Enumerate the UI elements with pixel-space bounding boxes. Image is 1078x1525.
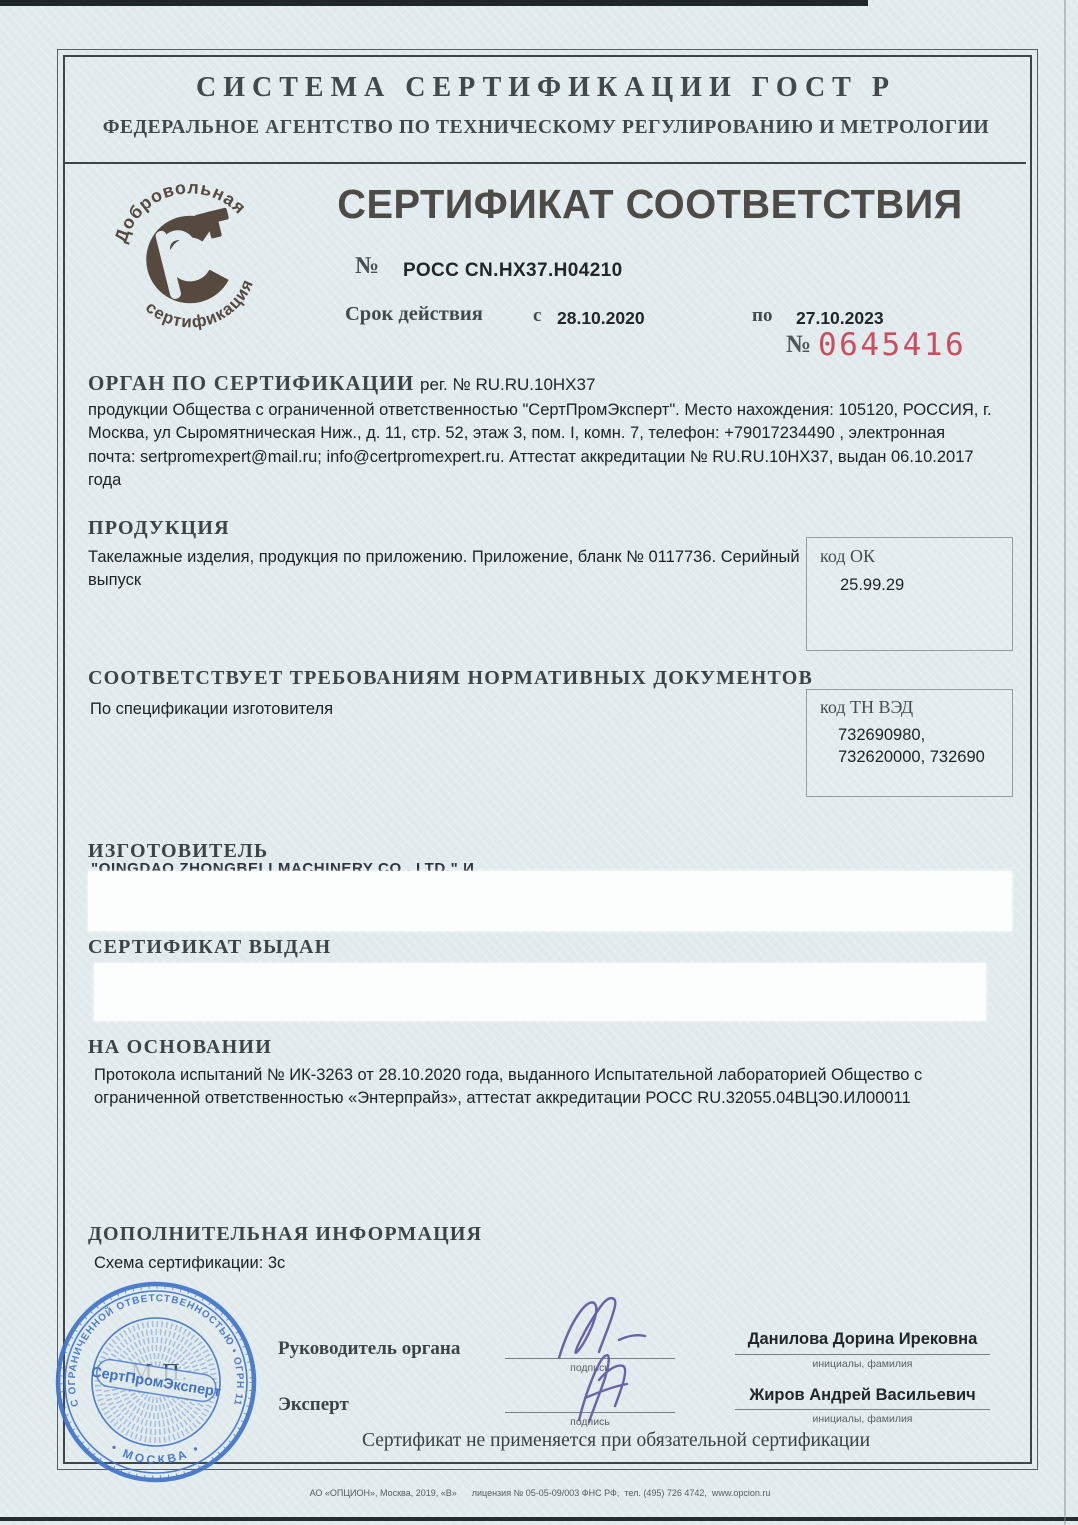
additional-body: Схема сертификации: 3с xyxy=(94,1252,285,1275)
expert-name-caption: инициалы, фамилия xyxy=(735,1413,990,1425)
expert-name: Жиров Андрей Васильевич xyxy=(735,1386,990,1405)
scan-edge-top xyxy=(0,0,868,6)
expert-sign-line xyxy=(505,1412,675,1413)
blank-no-value: 0645416 xyxy=(818,327,966,363)
issued-redaction-box xyxy=(94,963,986,1021)
head-role-label: Руководитель органа xyxy=(278,1338,460,1360)
validity-from: 28.10.2020 xyxy=(557,308,645,329)
tnved-code-value: 732690980, 732620000, 732690 xyxy=(838,724,1000,769)
manufacturer-redaction-box xyxy=(88,871,1012,931)
organ-reg-no: рег. № RU.RU.10HX37 xyxy=(420,375,595,395)
expert-sign-caption: подпись xyxy=(505,1416,675,1428)
validity-from-label: с xyxy=(533,305,541,327)
ok-code-value: 25.99.29 xyxy=(840,574,904,596)
company-stamp: ОБЩЕСТВО С ОГРАНИЧЕННОЙ ОТВЕТСТВЕННОСТЬЮ… xyxy=(50,1276,262,1488)
conformity-body: По спецификации изготовителя xyxy=(90,698,790,721)
product-body: Такелажные изделия, продукция по приложе… xyxy=(88,546,803,593)
manufacturer-heading: ИЗГОТОВИТЕЛЬ xyxy=(88,840,268,863)
expert-role-label: Эксперт xyxy=(278,1394,349,1416)
head-name: Данилова Дорина Ирековна xyxy=(735,1330,990,1349)
tnved-code-label: код ТН ВЭД xyxy=(820,697,913,718)
basis-body: Протокола испытаний № ИК-3263 от 28.10.2… xyxy=(94,1064,956,1111)
conformity-heading: СООТВЕТСТВУЕТ ТРЕБОВАНИЯМ НОРМАТИВНЫХ ДО… xyxy=(88,667,813,690)
manufacturer-redacted-fragment: "QINGDAO ZHONGBELI MACHINERY CO., LTD." … xyxy=(91,861,691,871)
validity-to-label: по xyxy=(752,305,772,327)
cert-no-value: РОСС CN.HX37.H04210 xyxy=(403,260,623,282)
additional-heading: ДОПОЛНИТЕЛЬНАЯ ИНФОРМАЦИЯ xyxy=(88,1223,482,1246)
head-name-line xyxy=(735,1354,990,1355)
disclaimer: Сертификат не применяется при обязательн… xyxy=(166,1430,1066,1452)
scan-edge-bottom xyxy=(0,1517,1078,1521)
printer-imprint: АО «ОПЦИОН», Москва, 2019, «В» лицензия … xyxy=(40,1488,1040,1498)
tnved-code-box: код ТН ВЭД 732690980, 732620000, 732690 xyxy=(806,689,1013,797)
organ-body: продукции Общества с ограниченной ответс… xyxy=(88,399,996,493)
scan-edge-right xyxy=(1064,0,1066,1525)
expert-name-line xyxy=(735,1409,990,1410)
validity-to: 27.10.2023 xyxy=(796,308,884,329)
agency-title: ФЕДЕРАЛЬНОЕ АГЕНТСТВО ПО ТЕХНИЧЕСКОМУ РЕ… xyxy=(66,117,1026,139)
basis-heading: НА ОСНОВАНИИ xyxy=(88,1036,272,1059)
product-heading: ПРОДУКЦИЯ xyxy=(88,517,230,540)
organ-heading: ОРГАН ПО СЕРТИФИКАЦИИ xyxy=(88,371,414,396)
certificate-title: СЕРТИФИКАТ СООТВЕТСТВИЯ xyxy=(311,181,990,228)
ok-code-box: код ОК 25.99.29 xyxy=(806,537,1013,651)
rst-mark xyxy=(148,207,245,301)
validity-label: Срок действия xyxy=(345,303,483,326)
cert-no-label: № xyxy=(355,253,379,280)
system-title: СИСТЕМА СЕРТИФИКАЦИИ ГОСТ Р xyxy=(66,72,1026,104)
ok-code-label: код ОК xyxy=(820,546,875,567)
blank-no-label: № xyxy=(786,331,811,359)
certificate-page: СИСТЕМА СЕРТИФИКАЦИИ ГОСТ Р ФЕДЕРАЛЬНОЕ … xyxy=(0,0,1078,1525)
head-name-caption: инициалы, фамилия xyxy=(735,1358,990,1370)
issued-heading: СЕРТИФИКАТ ВЫДАН xyxy=(88,936,331,959)
